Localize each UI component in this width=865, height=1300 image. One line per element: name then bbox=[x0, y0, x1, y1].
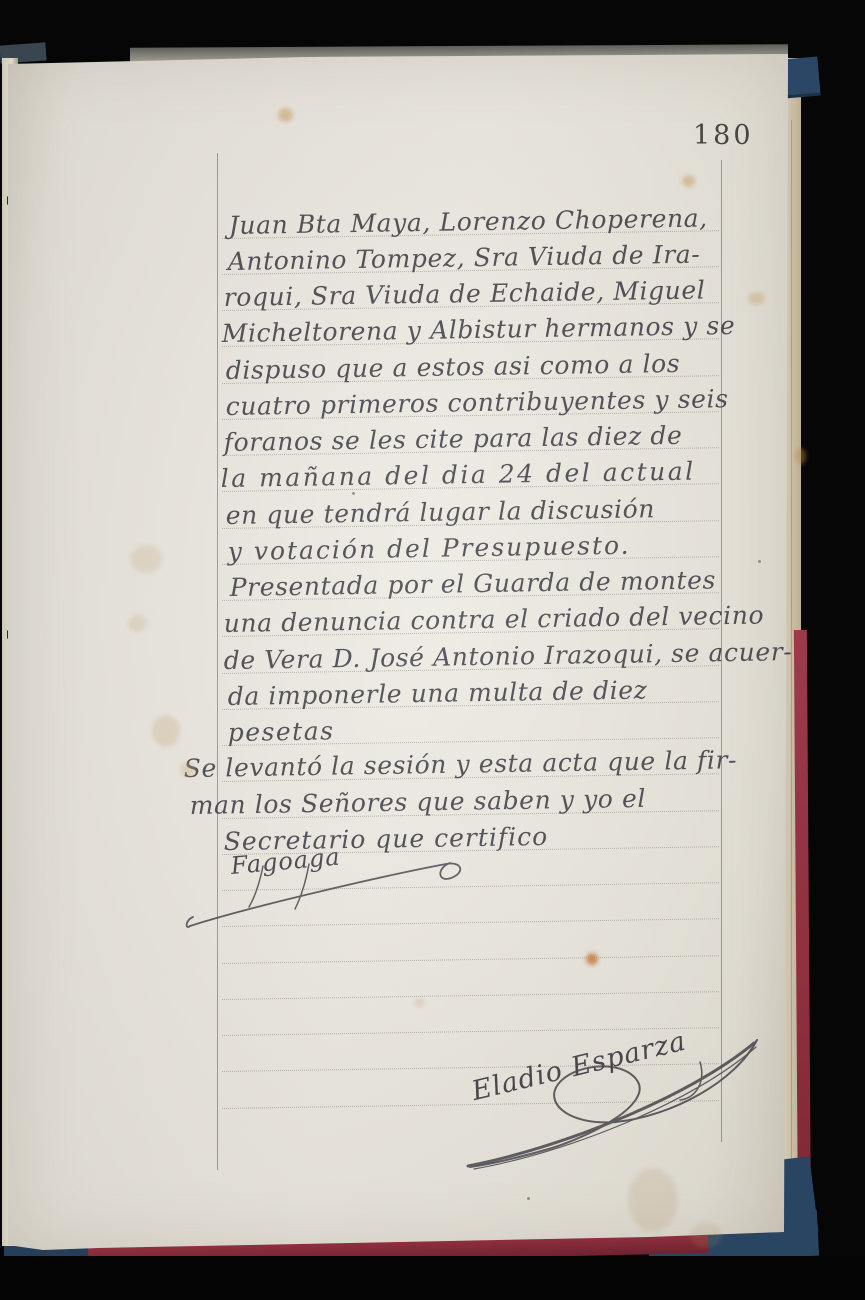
manuscript-line: man los Señores que saben y yo el bbox=[189, 782, 646, 821]
foxing-stain bbox=[748, 292, 765, 305]
paper-speck bbox=[758, 560, 761, 563]
foxing-stain bbox=[682, 175, 695, 187]
foxing-stain bbox=[180, 762, 195, 777]
manuscript-line: Juan Bta Maya, Lorenzo Choperena, bbox=[228, 202, 707, 242]
foxing-stain bbox=[690, 1222, 722, 1248]
foxing-stain bbox=[795, 448, 806, 465]
paper-speck bbox=[352, 492, 355, 495]
left-margin-rule bbox=[217, 153, 218, 1170]
manuscript-line: da imponerle una multa de diez bbox=[227, 674, 647, 713]
foxing-stain bbox=[278, 108, 293, 122]
foxing-stain bbox=[414, 998, 425, 1007]
paper-speck bbox=[527, 1197, 530, 1200]
scanned-book-photo: 180 Juan Bta Maya, Lorenzo Choperena,Ant… bbox=[0, 0, 865, 1300]
page-number: 180 bbox=[693, 120, 754, 151]
manuscript-line: en que tendrá lugar la discusión bbox=[225, 493, 655, 532]
backdrop-shadow bbox=[0, 1256, 865, 1300]
foxing-stain bbox=[586, 953, 598, 965]
foxing-stain bbox=[130, 545, 162, 573]
manuscript-line: pesetas bbox=[227, 715, 334, 749]
foxing-stain bbox=[152, 715, 180, 747]
manuscript-line: y votación del Presupuesto. bbox=[227, 529, 630, 567]
foxing-stain bbox=[128, 615, 147, 632]
foxing-stain bbox=[628, 1168, 678, 1232]
manuscript-line: dispuso que a estos asi como a los bbox=[225, 347, 680, 386]
